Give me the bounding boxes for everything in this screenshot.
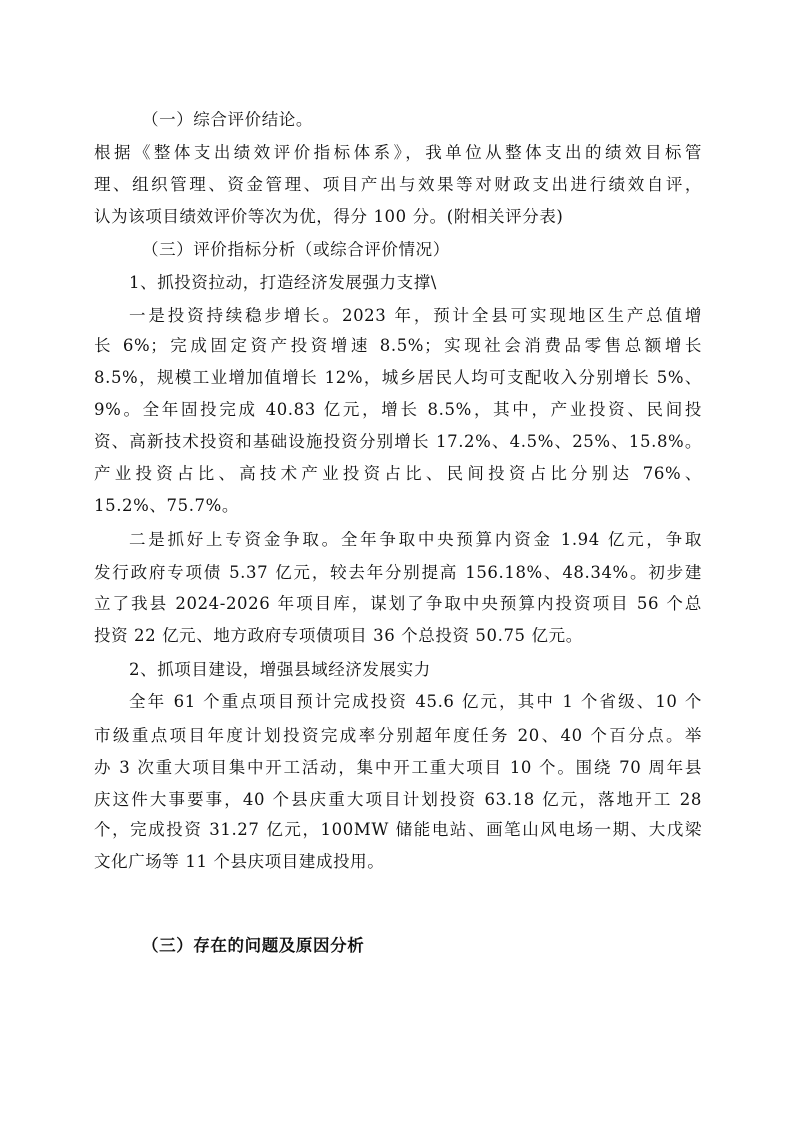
subheading-investment: 1、抓投资拉动，打造经济发展强力支撑\	[94, 267, 702, 299]
paragraph-line: 一是投资持续稳步增长。2023 年，预计全县可实现地区生产总值增	[94, 300, 702, 332]
paragraph-line: 发行政府专项债 5.37 亿元，较去年分别提高 156.18%、48.34%。初…	[94, 557, 702, 589]
paragraph-line: 办 3 次重大项目集中开工活动，集中开工重大项目 10 个。围绕 70 周年县	[94, 752, 702, 784]
subheading-project-construction: 2、抓项目建设，增强县域经济发展实力	[94, 654, 702, 686]
paragraph-line: 庆这件大事要事，40 个县庆重大项目计划投资 63.18 亿元，落地开工 28	[94, 784, 702, 816]
paragraph-line: 认为该项目绩效评价等次为优，得分 100 分。(附相关评分表)	[94, 201, 702, 233]
paragraph-line: 市级重点项目年度计划投资完成率分别超年度任务 20、40 个百分点。举	[94, 720, 702, 752]
section-heading-comprehensive-conclusion: （一）综合评价结论。	[94, 104, 702, 136]
paragraph-line: 资、高新技术投资和基础设施投资分别增长 17.2%、4.5%、25%、15.8%…	[94, 426, 702, 458]
paragraph-line: 立了我县 2024-2026 年项目库，谋划了争取中央预算内投资项目 56 个总	[94, 588, 702, 620]
paragraph-line: 8.5%，规模工业增加值增长 12%，城乡居民人均可支配收入分别增长 5%、	[94, 362, 702, 394]
paragraph-line: 15.2%、75.7%。	[94, 490, 702, 522]
paragraph-line: 个，完成投资 31.27 亿元，100MW 储能电站、画笔山风电场一期、大戊梁	[94, 814, 702, 846]
paragraph-line: 投资 22 亿元、地方政府专项债项目 36 个总投资 50.75 亿元。	[94, 620, 702, 652]
paragraph-line: 文化广场等 11 个县庆项目建成投用。	[94, 846, 702, 878]
section-heading-indicator-analysis: （三）评价指标分析（或综合评价情况）	[94, 234, 702, 266]
paragraph-line: 产业投资占比、高技术产业投资占比、民间投资占比分别达 76%、	[94, 458, 702, 490]
paragraph-line: 二是抓好上专资金争取。全年争取中央预算内资金 1.94 亿元，争取	[94, 524, 702, 556]
paragraph-line: 理、组织管理、资金管理、项目产出与效果等对财政支出进行绩效自评，	[94, 169, 702, 201]
paragraph-line: 根据《整体支出绩效评价指标体系》，我单位从整体支出的绩效目标管	[94, 137, 702, 169]
section-heading-problems-analysis: （三）存在的问题及原因分析	[94, 930, 702, 962]
paragraph-line: 全年 61 个重点项目预计完成投资 45.6 亿元，其中 1 个省级、10 个	[94, 686, 702, 718]
paragraph-line: 9%。全年固投完成 40.83 亿元，增长 8.5%，其中，产业投资、民间投	[94, 394, 702, 426]
paragraph-line: 长 6%；完成固定资产投资增速 8.5%；实现社会消费品零售总额增长	[94, 330, 702, 362]
